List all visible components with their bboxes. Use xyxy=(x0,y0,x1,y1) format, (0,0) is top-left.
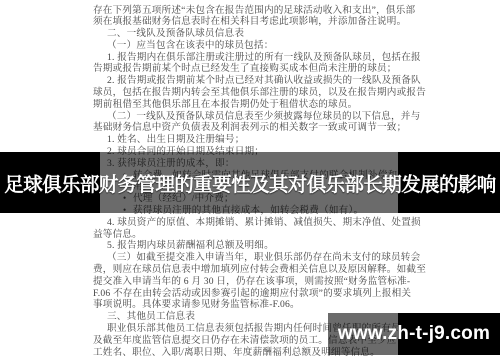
document-line: 益等信息。 xyxy=(93,229,500,241)
document-line: 2. 报告期或报告期前某个时点已经对其确认收益或损失的一线队及预备队 xyxy=(107,75,500,87)
document-line: 告期或报告期前某个时点已经发生了直接购买成本但尚未注册的球员； xyxy=(93,63,500,75)
document-line: 基础财务信息中资产负债表及利润表列示的相关数字一致或可调节一致； xyxy=(93,122,500,134)
document-line: 二、一线队及预备队球员信息表 xyxy=(107,28,500,40)
watermark-url: www.zh-t-j9.com xyxy=(328,313,500,355)
document-line: 5. 报告期内球员薪酬福利总额及明细。 xyxy=(107,240,500,252)
document-line: 提交准入申请当年的 6 月 30 日，仍存在该事项，则需按照“财务监管标准- xyxy=(93,276,500,288)
document-line: 1. 报告期内在俱乐部注册或注册过的所有一线队及预备队球员，包括在报 xyxy=(107,52,500,64)
watermark-box: www.zh-t-j9.com xyxy=(328,313,500,355)
headline-band: 足球俱乐部财务管理的重要性及其对俱乐部长期发展的影响 xyxy=(0,152,500,213)
document-line: 4. 球员资产的原值、本期摊销、累计摊销、减值损失、期末净值、处置损 xyxy=(107,217,500,229)
headline-title: 足球俱乐部财务管理的重要性及其对俱乐部长期发展的影响 xyxy=(0,152,500,213)
document-line: 费，则应在球员信息表中增加填列应付转会费相关信息以及原因解释。如截至 xyxy=(93,264,500,276)
document-line: 须在填报基础财务信息表时在相关科目考虑此项影响，并添加备注说明。 xyxy=(93,16,500,28)
document-line: F.06 不存在由转会活动或因参赛引起的逾期应付款项”的要求填列上报相关 xyxy=(93,288,500,300)
document-line: （二）一线队及预备队球员信息表至少须披露每位球员的以下信息，并与 xyxy=(107,111,500,123)
document-line: 1. 姓名、出生日期及注册编号； xyxy=(107,134,500,146)
document-line: 存在下列第五项所述“未包含在报告范围内的足球活动收入和支出”，俱乐部 xyxy=(93,5,500,17)
document-line: 事项说明。具体要求请参见财务监管标准-F.06。 xyxy=(93,299,500,311)
document-line: （三）如截至提交准入申请当年，职业俱乐部仍存在尚未支付的球员转会 xyxy=(107,252,500,264)
document-line: 期前租借至其他俱乐部且在本报告期仍处于租借状态的球员。 xyxy=(93,99,500,111)
document-line: 球员，包括在报告期内转会至其他俱乐部注册的球员，以及在报告期内或报告 xyxy=(93,87,500,99)
document-line: （一）应当包含在该表中的球员包括： xyxy=(107,40,500,52)
page: 存在下列第五项所述“未包含在报告范围内的足球活动收入和支出”，俱乐部须在填报基础… xyxy=(0,0,500,362)
